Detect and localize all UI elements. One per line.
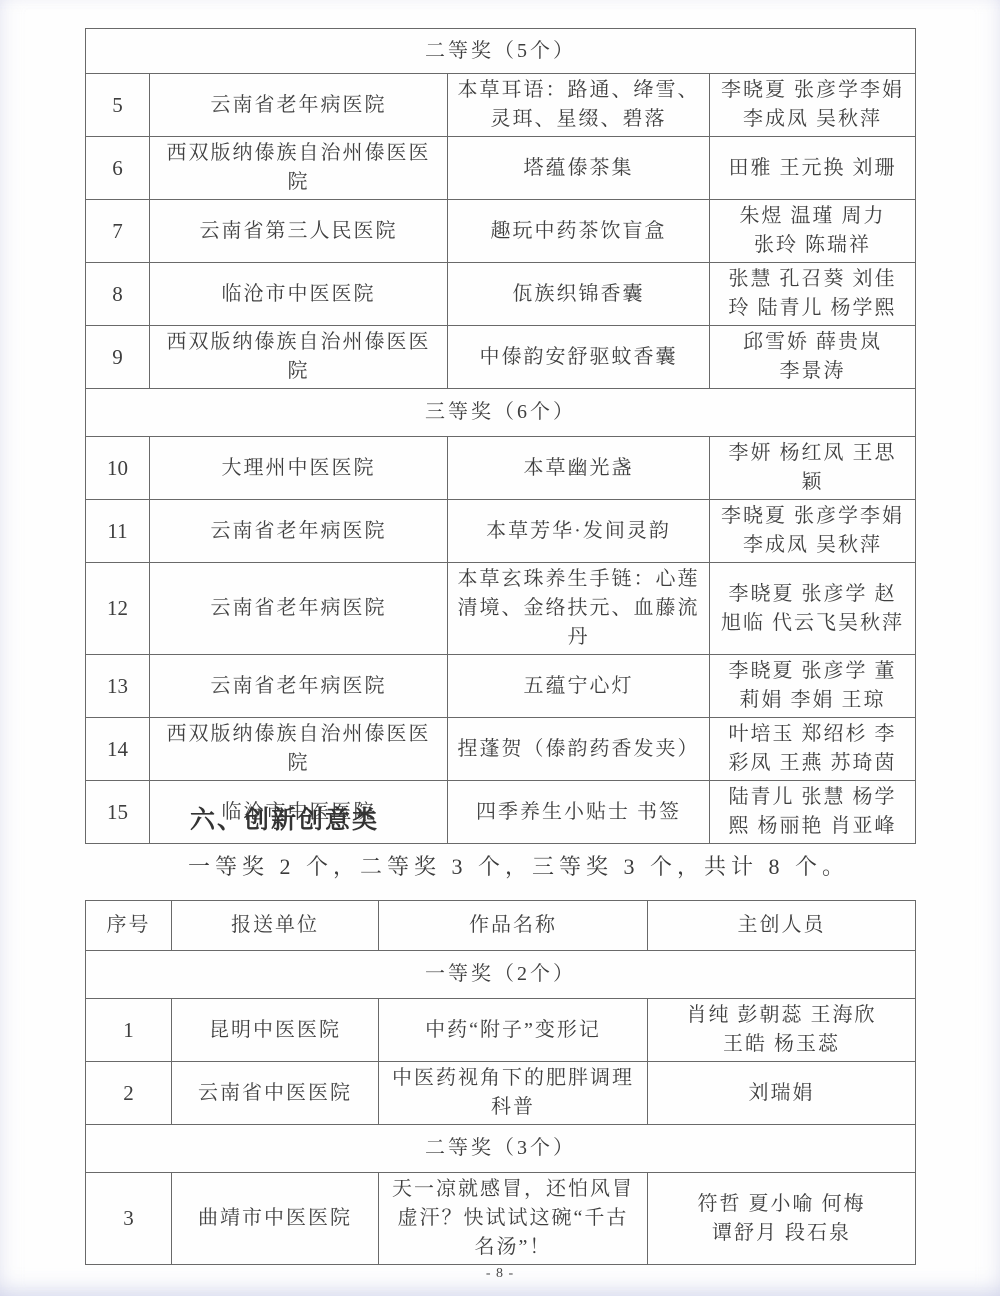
work-cell: 四季养生小贴士 书签 xyxy=(448,781,710,844)
header-unit: 报送单位 xyxy=(172,901,379,951)
authors-cell: 张慧 孔召葵 刘佳 玲 陆青儿 杨学熙 xyxy=(710,263,916,326)
authors-cell: 邱雪娇 薛贵岚 李景涛 xyxy=(710,326,916,389)
unit-cell: 云南省老年病医院 xyxy=(150,500,448,563)
row-number-cell: 2 xyxy=(86,1062,172,1125)
unit-cell: 云南省老年病医院 xyxy=(150,563,448,655)
unit-cell: 西双版纳傣族自治州傣医医 院 xyxy=(150,718,448,781)
band-row: 三等奖（6个） xyxy=(86,389,916,437)
band-row: 二等奖（5个） xyxy=(86,29,916,74)
unit-cell: 曲靖市中医医院 xyxy=(172,1173,379,1265)
row-number-cell: 6 xyxy=(86,137,150,200)
document-page: 二等奖（5个） 5 云南省老年病医院 本草耳语：路通、绛雪、 灵珥、星缀、碧落 … xyxy=(0,0,1000,1296)
work-cell: 中医药视角下的肥胖调理 科普 xyxy=(379,1062,648,1125)
authors-cell: 李晓夏 张彦学 赵 旭临 代云飞吴秋萍 xyxy=(710,563,916,655)
work-cell: 五蕴宁心灯 xyxy=(448,655,710,718)
unit-cell: 西双版纳傣族自治州傣医医 院 xyxy=(150,137,448,200)
unit-cell: 云南省中医医院 xyxy=(172,1062,379,1125)
row-number-cell: 15 xyxy=(86,781,150,844)
awards-table-crafts: 二等奖（5个） 5 云南省老年病医院 本草耳语：路通、绛雪、 灵珥、星缀、碧落 … xyxy=(85,28,916,844)
row-number-cell: 7 xyxy=(86,200,150,263)
authors-cell: 田雅 王元换 刘珊 xyxy=(710,137,916,200)
section-heading: 六、创新创意类 xyxy=(190,800,379,836)
work-cell: 本草耳语：路通、绛雪、 灵珥、星缀、碧落 xyxy=(448,74,710,137)
band-row: 二等奖（3个） xyxy=(86,1125,916,1173)
page-number: - 8 - xyxy=(0,1266,1000,1282)
authors-cell: 刘瑞娟 xyxy=(648,1062,916,1125)
work-cell: 塔蕴傣茶集 xyxy=(448,137,710,200)
row-number-cell: 9 xyxy=(86,326,150,389)
band-label-second-prize: 二等奖（3个） xyxy=(86,1125,916,1173)
work-cell: 本草幽光盏 xyxy=(448,437,710,500)
table-row: 10 大理州中医医院 本草幽光盏 李妍 杨红凤 王思 颖 xyxy=(86,437,916,500)
band-label-first-prize: 一等奖（2个） xyxy=(86,951,916,999)
work-cell: 本草芳华·发间灵韵 xyxy=(448,500,710,563)
work-cell: 本草玄珠养生手链：心莲 清境、金络扶元、血藤流 丹 xyxy=(448,563,710,655)
band-label-third-prize: 三等奖（6个） xyxy=(86,389,916,437)
band-row: 一等奖（2个） xyxy=(86,951,916,999)
table-row: 9 西双版纳傣族自治州傣医医 院 中傣韵安舒驱蚊香囊 邱雪娇 薛贵岚 李景涛 xyxy=(86,326,916,389)
table-row: 5 云南省老年病医院 本草耳语：路通、绛雪、 灵珥、星缀、碧落 李晓夏 张彦学李… xyxy=(86,74,916,137)
table-row: 12 云南省老年病医院 本草玄珠养生手链：心莲 清境、金络扶元、血藤流 丹 李晓… xyxy=(86,563,916,655)
awards-table-innovation: 序号 报送单位 作品名称 主创人员 一等奖（2个） 1 昆明中医医院 中药“附子… xyxy=(85,900,916,1265)
unit-cell: 云南省老年病医院 xyxy=(150,655,448,718)
authors-cell: 李晓夏 张彦学 董 莉娟 李娟 王琼 xyxy=(710,655,916,718)
work-cell: 中药“附子”变形记 xyxy=(379,999,648,1062)
work-cell: 捏蓬贺（傣韵药香发夹） xyxy=(448,718,710,781)
work-cell: 趣玩中药茶饮盲盒 xyxy=(448,200,710,263)
work-cell: 佤族织锦香囊 xyxy=(448,263,710,326)
authors-cell: 陆青儿 张慧 杨学 熙 杨丽艳 肖亚峰 xyxy=(710,781,916,844)
row-number-cell: 5 xyxy=(86,74,150,137)
authors-cell: 叶培玉 郑绍杉 李 彩凤 王燕 苏琦茵 xyxy=(710,718,916,781)
row-number-cell: 13 xyxy=(86,655,150,718)
work-cell: 天一凉就感冒，还怕风冒 虚汗？快试试这碗“千古 名汤”！ xyxy=(379,1173,648,1265)
table-row: 8 临沧市中医医院 佤族织锦香囊 张慧 孔召葵 刘佳 玲 陆青儿 杨学熙 xyxy=(86,263,916,326)
table-row: 7 云南省第三人民医院 趣玩中药茶饮盲盒 朱煜 温瑾 周力 张玲 陈瑞祥 xyxy=(86,200,916,263)
unit-cell: 云南省第三人民医院 xyxy=(150,200,448,263)
table-row: 13 云南省老年病医院 五蕴宁心灯 李晓夏 张彦学 董 莉娟 李娟 王琼 xyxy=(86,655,916,718)
work-cell: 中傣韵安舒驱蚊香囊 xyxy=(448,326,710,389)
authors-cell: 朱煜 温瑾 周力 张玲 陈瑞祥 xyxy=(710,200,916,263)
unit-cell: 云南省老年病医院 xyxy=(150,74,448,137)
row-number-cell: 1 xyxy=(86,999,172,1062)
section-intro: 一等奖 2 个，二等奖 3 个，三等奖 3 个，共计 8 个。 xyxy=(188,850,849,881)
authors-cell: 李晓夏 张彦学李娟 李成凤 吴秋萍 xyxy=(710,74,916,137)
header-authors: 主创人员 xyxy=(648,901,916,951)
header-row: 序号 报送单位 作品名称 主创人员 xyxy=(86,901,916,951)
authors-cell: 肖纯 彭朝蕊 王海欣 王皓 杨玉蕊 xyxy=(648,999,916,1062)
header-work: 作品名称 xyxy=(379,901,648,951)
header-no: 序号 xyxy=(86,901,172,951)
unit-cell: 昆明中医医院 xyxy=(172,999,379,1062)
table-row: 3 曲靖市中医医院 天一凉就感冒，还怕风冒 虚汗？快试试这碗“千古 名汤”！ 符… xyxy=(86,1173,916,1265)
unit-cell: 西双版纳傣族自治州傣医医 院 xyxy=(150,326,448,389)
unit-cell: 大理州中医医院 xyxy=(150,437,448,500)
table-row: 1 昆明中医医院 中药“附子”变形记 肖纯 彭朝蕊 王海欣 王皓 杨玉蕊 xyxy=(86,999,916,1062)
row-number-cell: 8 xyxy=(86,263,150,326)
authors-cell: 符哲 夏小喻 何梅 谭舒月 段石泉 xyxy=(648,1173,916,1265)
row-number-cell: 12 xyxy=(86,563,150,655)
unit-cell: 临沧市中医医院 xyxy=(150,263,448,326)
authors-cell: 李妍 杨红凤 王思 颖 xyxy=(710,437,916,500)
table-row: 6 西双版纳傣族自治州傣医医 院 塔蕴傣茶集 田雅 王元换 刘珊 xyxy=(86,137,916,200)
row-number-cell: 14 xyxy=(86,718,150,781)
authors-cell: 李晓夏 张彦学李娟 李成凤 吴秋萍 xyxy=(710,500,916,563)
row-number-cell: 10 xyxy=(86,437,150,500)
row-number-cell: 11 xyxy=(86,500,150,563)
band-label-second-prize: 二等奖（5个） xyxy=(86,29,916,74)
table-row: 14 西双版纳傣族自治州傣医医 院 捏蓬贺（傣韵药香发夹） 叶培玉 郑绍杉 李 … xyxy=(86,718,916,781)
table-row: 2 云南省中医医院 中医药视角下的肥胖调理 科普 刘瑞娟 xyxy=(86,1062,916,1125)
table-row: 11 云南省老年病医院 本草芳华·发间灵韵 李晓夏 张彦学李娟 李成凤 吴秋萍 xyxy=(86,500,916,563)
row-number-cell: 3 xyxy=(86,1173,172,1265)
